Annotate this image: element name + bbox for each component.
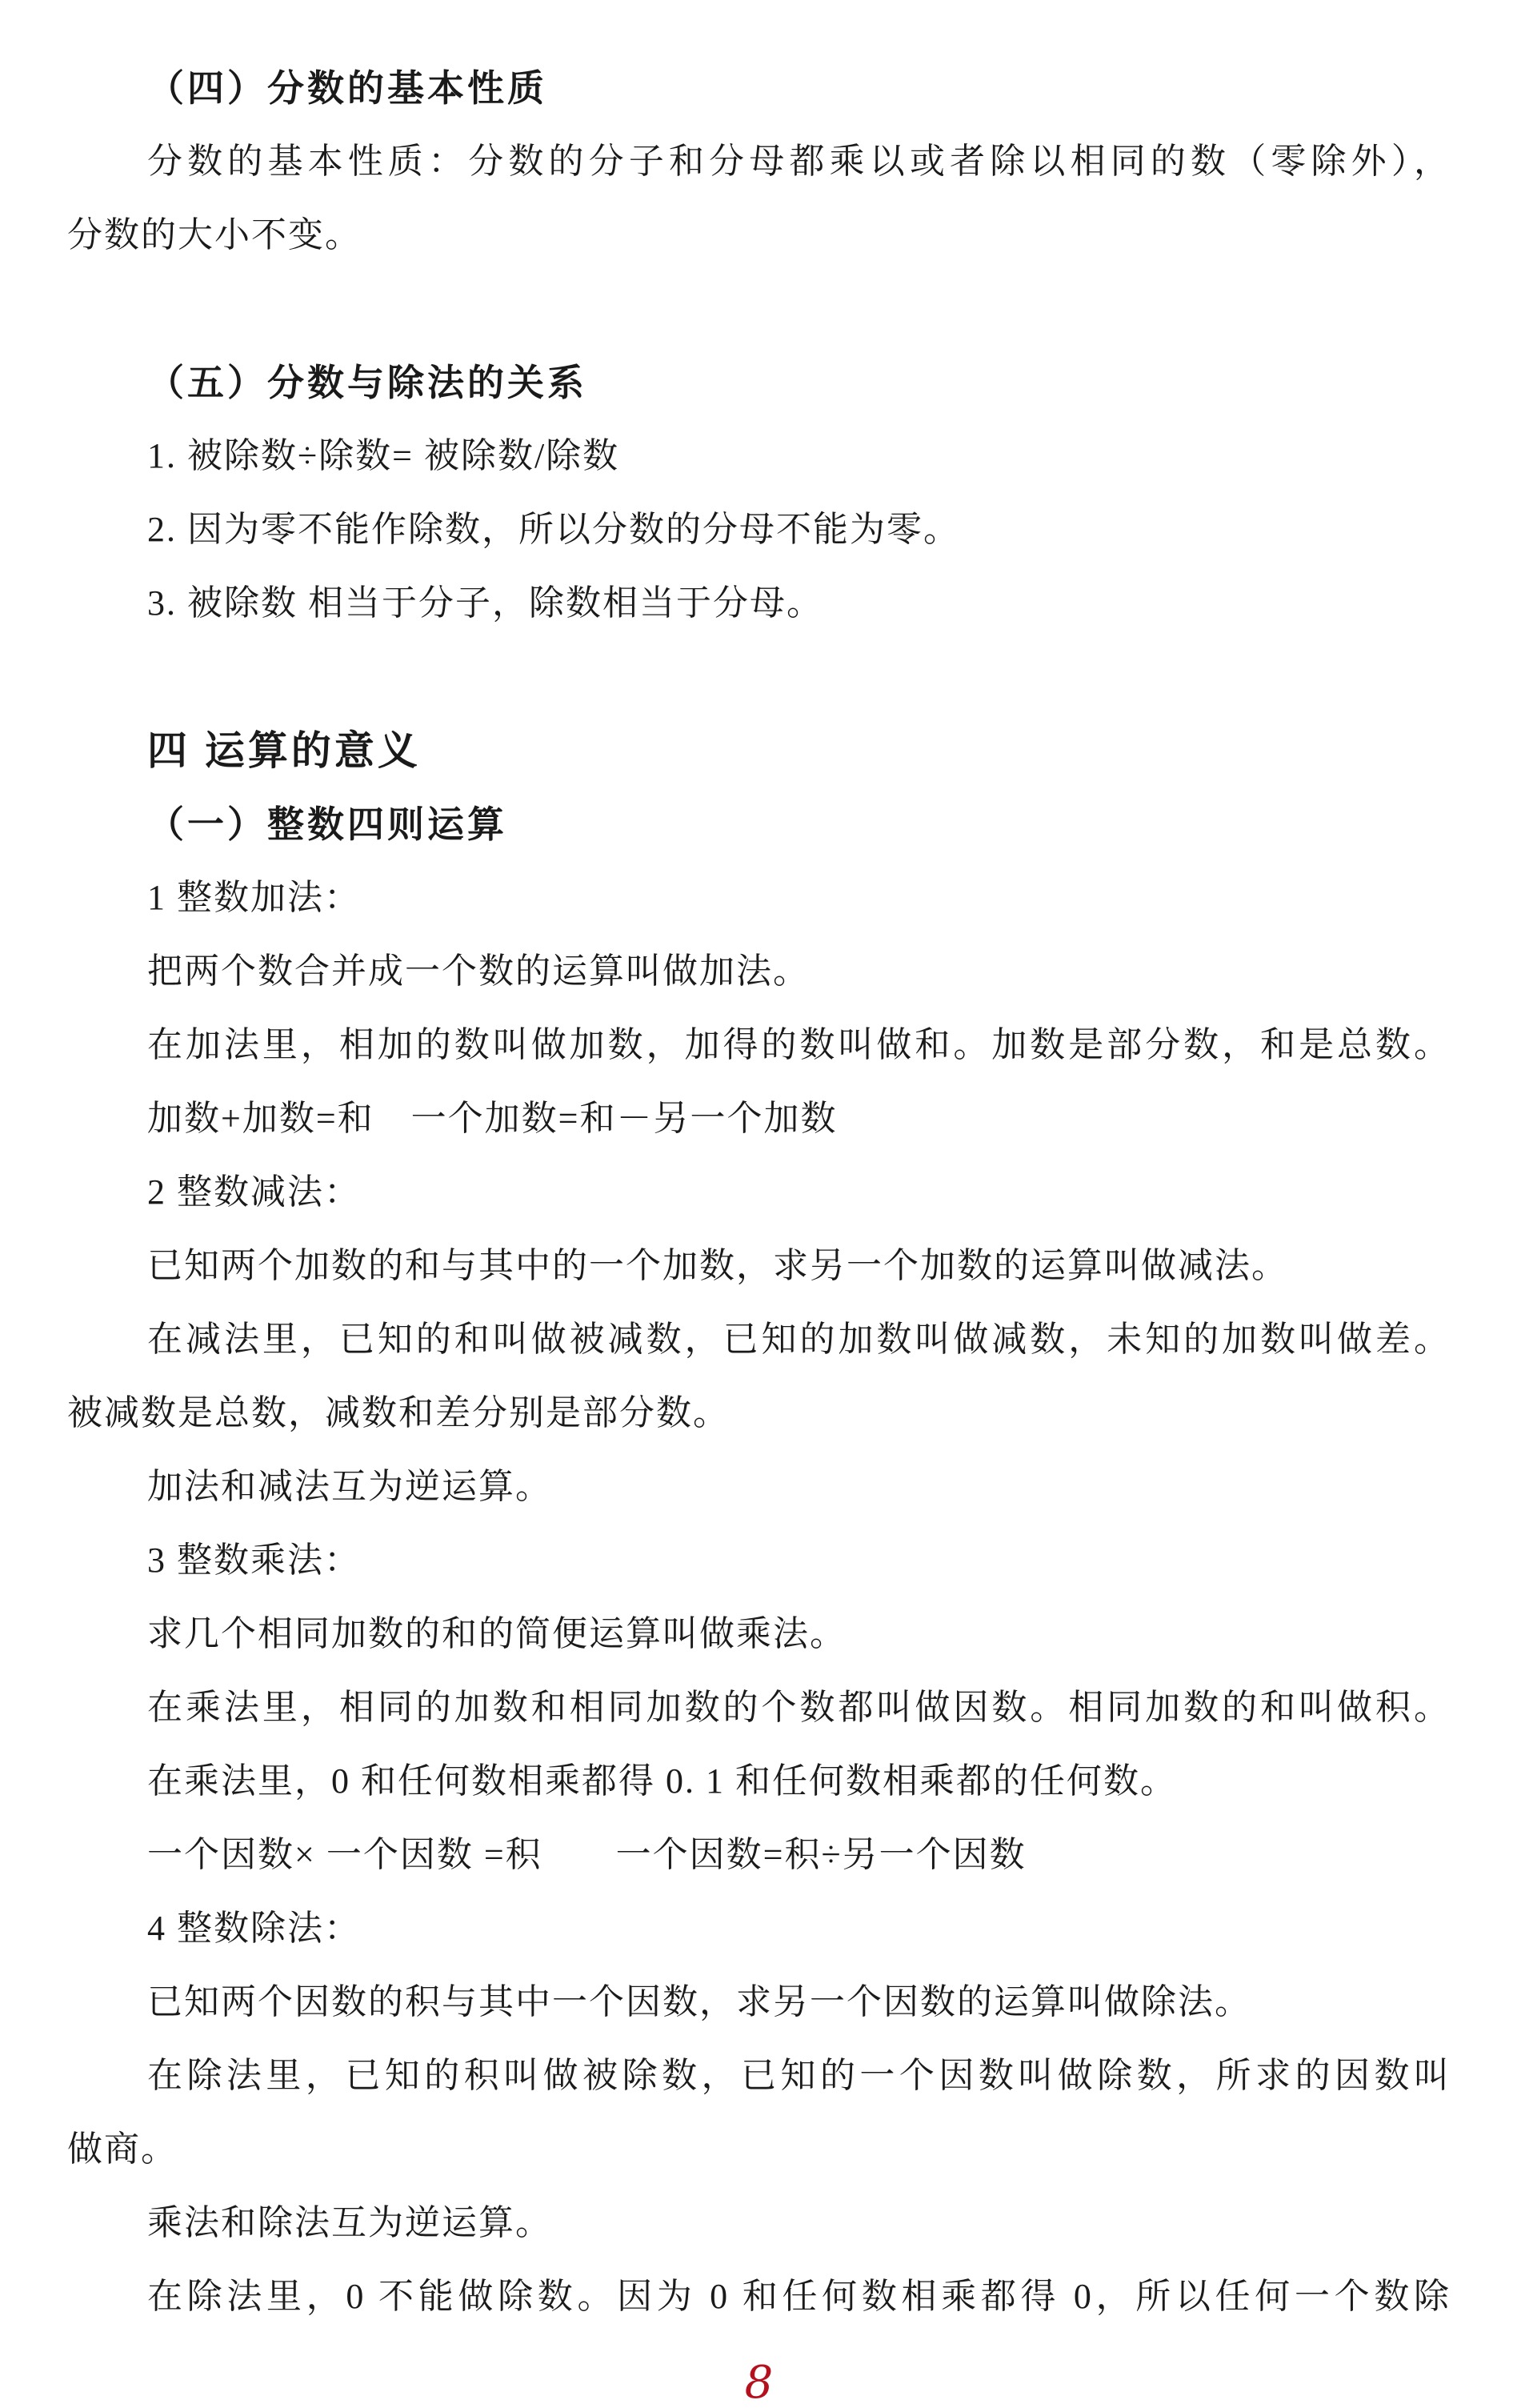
- paragraph-line: 在除法里，0 不能做除数。因为 0 和任何数相乘都得 0，所以任何一个数除: [67, 2260, 1451, 2334]
- paragraph-line: 3. 被除数 相当于分子，除数相当于分母。: [67, 567, 1451, 640]
- chapter-heading: 四 运算的意义: [67, 714, 1451, 787]
- paragraph-line: 已知两个因数的积与其中一个因数，求另一个因数的运算叫做除法。: [67, 1965, 1451, 2039]
- paragraph-line: 3 整数乘法：: [67, 1524, 1451, 1597]
- paragraph-line: 做商。: [67, 2113, 1451, 2186]
- paragraph-line: 乘法和除法互为逆运算。: [67, 2186, 1451, 2260]
- page-number: 8: [67, 2354, 1451, 2408]
- paragraph-line: 加数+加数=和 一个加数=和－另一个加数: [67, 1082, 1451, 1156]
- paragraph-line: 在加法里，相加的数叫做加数，加得的数叫做和。加数是部分数，和是总数。: [67, 1008, 1451, 1082]
- document-body: （四）分数的基本性质分数的基本性质：分数的分子和分母都乘以或者除以相同的数（零除…: [67, 51, 1451, 2334]
- paragraph-line: 一个因数× 一个因数 =积 一个因数=积÷另一个因数: [67, 1818, 1451, 1892]
- paragraph-line: 2 整数减法：: [67, 1156, 1451, 1229]
- section-heading: （四）分数的基本性质: [67, 51, 1451, 125]
- paragraph-line: 已知两个加数的和与其中的一个加数，求另一个加数的运算叫做减法。: [67, 1229, 1451, 1303]
- document-page: （四）分数的基本性质分数的基本性质：分数的分子和分母都乘以或者除以相同的数（零除…: [0, 0, 1513, 2408]
- paragraph-line: 在乘法里，相同的加数和相同加数的个数都叫做因数。相同加数的和叫做积。: [67, 1671, 1451, 1745]
- paragraph-line: 4 整数除法：: [67, 1892, 1451, 1965]
- paragraph-line: 在乘法里，0 和任何数相乘都得 0. 1 和任何数相乘都的任何数。: [67, 1745, 1451, 1818]
- paragraph-line: 加法和减法互为逆运算。: [67, 1450, 1451, 1524]
- paragraph-line: 把两个数合并成一个数的运算叫做加法。: [67, 935, 1451, 1008]
- paragraph-line: 1 整数加法：: [67, 861, 1451, 935]
- paragraph-line: 被减数是总数，减数和差分别是部分数。: [67, 1376, 1451, 1450]
- section-heading: （一）整数四则运算: [67, 787, 1451, 861]
- paragraph-line: 2. 因为零不能作除数，所以分数的分母不能为零。: [67, 493, 1451, 567]
- section-heading: （五）分数与除法的关系: [67, 346, 1451, 419]
- paragraph-line: 求几个相同加数的和的简便运算叫做乘法。: [67, 1597, 1451, 1671]
- paragraph-line: 分数的基本性质：分数的分子和分母都乘以或者除以相同的数（零除外），: [67, 125, 1451, 198]
- paragraph-line: 在除法里，已知的积叫做被除数，已知的一个因数叫做除数，所求的因数叫: [67, 2039, 1451, 2113]
- paragraph-line: 分数的大小不变。: [67, 198, 1451, 272]
- paragraph-line: 在减法里，已知的和叫做被减数，已知的加数叫做减数，未知的加数叫做差。: [67, 1303, 1451, 1376]
- paragraph-line: 1. 被除数÷除数= 被除数/除数: [67, 419, 1451, 493]
